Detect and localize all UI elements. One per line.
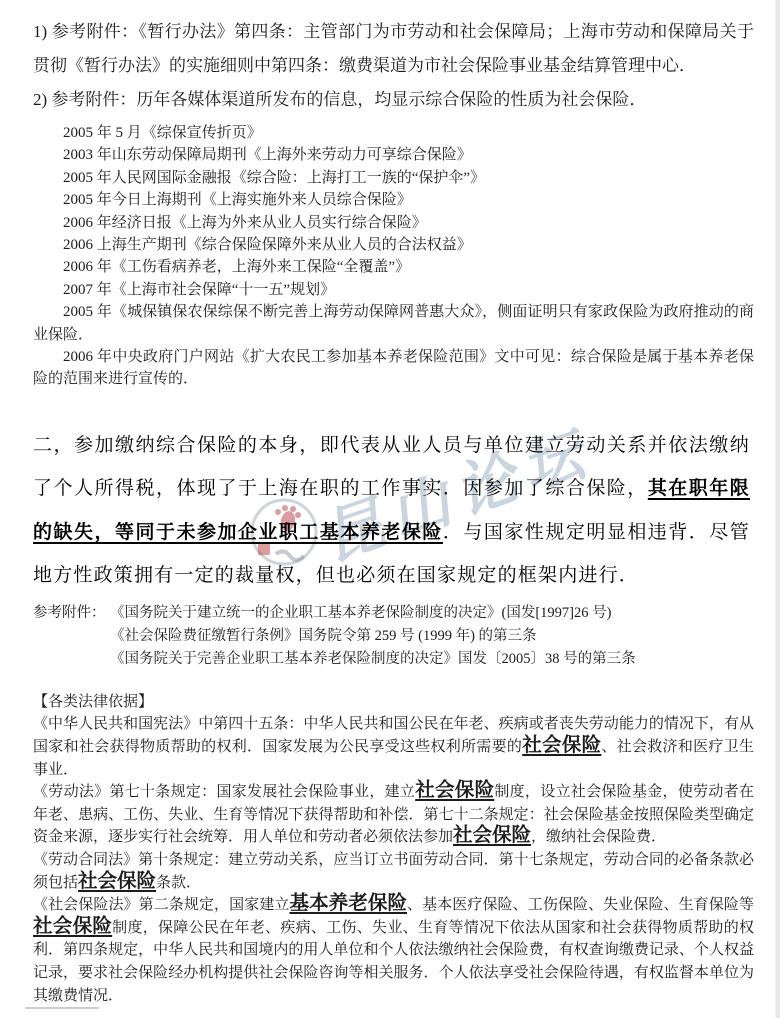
publication-item: 2005 年今日上海期刊《上海实施外来人员综合保险》 — [63, 189, 754, 211]
legal-paragraph: 《劳动法》第七十条规定：国家发展社会保险事业，建立社会保险制度，设立社会保险基金… — [33, 781, 754, 849]
publication-notes: 2005 年《城保镇保农保综保不断完善上海劳动保障网普惠大众》，侧面证明只有家政… — [33, 301, 754, 391]
legal-paragraphs: 《中华人民共和国宪法》中第四十五条：中华人民共和国公民在年老、疾病或者丧失劳动能… — [33, 713, 754, 1007]
publication-note: 2006 年中央政府门户网站《扩大农民工参加基本养老保险范围》文中可见：综合保险… — [33, 346, 754, 391]
publication-item: 2005 年人民网国际金融报《综合险：上海打工一族的“保护伞”》 — [63, 167, 754, 189]
document-page: 昆山论坛 1) 参考附件：《暂行办法》第四条：主管部门为市劳动和社会保障局；上海… — [0, 0, 780, 1018]
publication-item: 2006 上海生产期刊《综合保险保障外来从业人员的合法权益》 — [63, 234, 754, 256]
publication-item: 2007 年《上海市社会保障“十一五”规划》 — [63, 279, 754, 301]
legal-section: 【各类法律依据】 《中华人民共和国宪法》中第四十五条：中华人民共和国公民在年老、… — [33, 691, 754, 1007]
publication-item: 2005 年 5 月《综保宣传折页》 — [63, 122, 754, 144]
emphasized-term: 社会保险 — [522, 735, 601, 756]
numbered-item: 1) 参考附件：《暂行办法》第四条：主管部门为市劳动和社会保障局；上海市劳动和保… — [33, 15, 754, 83]
references-label: 参考附件： — [33, 602, 106, 625]
document-content: 1) 参考附件：《暂行办法》第四条：主管部门为市劳动和社会保障局；上海市劳动和保… — [0, 15, 780, 1007]
references-lines: 《国务院关于建立统一的企业职工基本养老保险制度的决定》(国发[1997]26 号… — [110, 602, 754, 671]
reference-line: 《国务院关于建立统一的企业职工基本养老保险制度的决定》(国发[1997]26 号… — [110, 602, 754, 625]
publications-list: 2005 年 5 月《综保宣传折页》2003 年山东劳动保障局期刊《上海外来劳动… — [63, 122, 754, 301]
emphasized-term: 其在职年限的缺失，等同于未参加企业职工基本养老保险 — [33, 478, 750, 543]
emphasized-term: 社会保险 — [453, 825, 531, 846]
emphasized-term: 社会保险 — [78, 871, 156, 892]
page-right-edge — [775, 0, 780, 1018]
legal-heading: 【各类法律依据】 — [33, 691, 754, 714]
references-block: 参考附件： 《国务院关于建立统一的企业职工基本养老保险制度的决定》(国发[199… — [33, 602, 754, 671]
publication-item: 2003 年山东劳动保障局期刊《上海外来劳动力可享综合保险》 — [63, 144, 754, 166]
publication-note: 2005 年《城保镇保农保综保不断完善上海劳动保障网普惠大众》，侧面证明只有家政… — [33, 301, 754, 346]
numbered-list: 1) 参考附件：《暂行办法》第四条：主管部门为市劳动和社会保障局；上海市劳动和保… — [33, 15, 754, 117]
legal-paragraph: 《劳动合同法》第十条规定：建立劳动关系，应当订立书面劳动合同．第十七条规定，劳动… — [33, 849, 754, 894]
reference-line: 《国务院关于完善企业职工基本养老保险制度的决定》国发〔2005〕38 号的第三条 — [110, 648, 754, 671]
page-bottom-mark — [25, 1007, 99, 1009]
legal-paragraph: 《社会保险法》第二条规定，国家建立基本养老保险、基本医疗保险、工伤保险、失业保险… — [33, 894, 754, 1007]
emphasized-term: 基本养老保险 — [290, 893, 408, 914]
legal-paragraph: 《中华人民共和国宪法》中第四十五条：中华人民共和国公民在年老、疾病或者丧失劳动能… — [33, 713, 754, 781]
emphasized-term: 社会保险 — [33, 916, 112, 937]
main-paragraph: 二，参加缴纳综合保险的本身，即代表从业人员与单位建立劳动关系并依法缴纳了个人所得… — [33, 424, 750, 598]
reference-line: 《社会保险费征缴暂行条例》国务院令第 259 号 (1999 年) 的第三条 — [110, 625, 754, 648]
publication-item: 2006 年经济日报《上海为外来从业人员实行综合保险》 — [63, 212, 754, 234]
numbered-item: 2) 参考附件：历年各媒体渠道所发布的信息，均显示综合保险的性质为社会保险． — [33, 83, 754, 117]
emphasized-term: 社会保险 — [415, 780, 494, 801]
publication-item: 2006 年《工伤看病养老，上海外来工保险“全覆盖”》 — [63, 256, 754, 278]
